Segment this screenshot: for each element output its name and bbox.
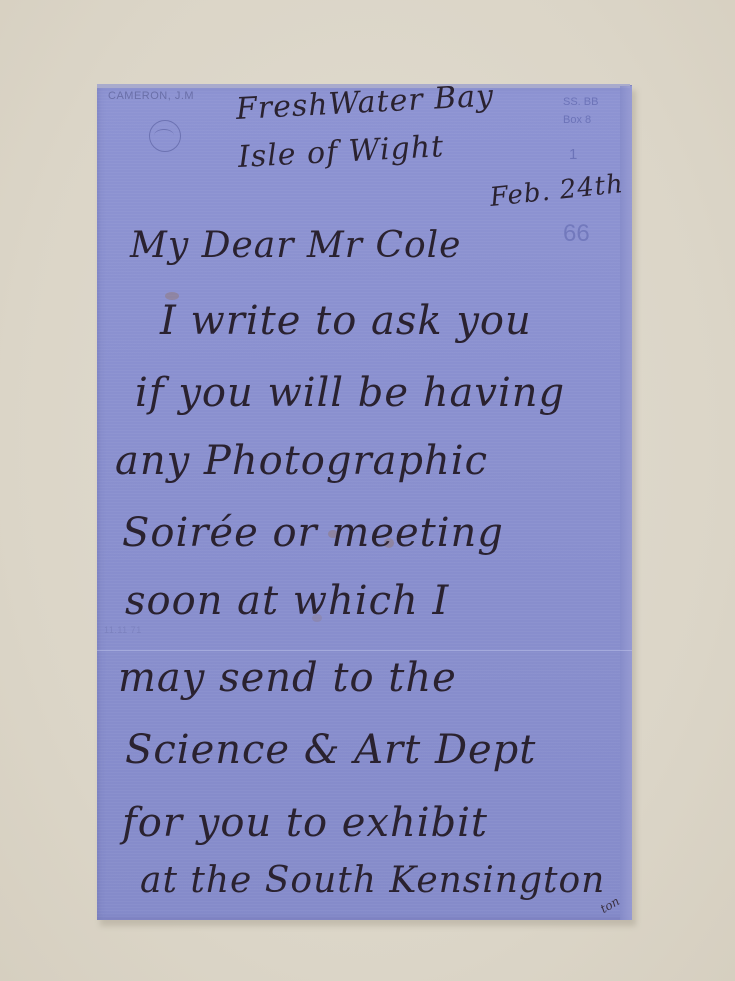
page-number: 1: [569, 146, 577, 163]
body-line: may send to the: [118, 655, 457, 701]
body-line: Soirée or meeting: [122, 510, 504, 556]
body-line: soon at which I: [125, 578, 449, 624]
body-line: if you will be having: [135, 370, 565, 416]
body-line: Science & Art Dept: [125, 727, 536, 773]
body-line: for you to exhibit: [122, 800, 488, 846]
faint-pencil-note: 11.11 71: [104, 625, 142, 635]
body-line: I write to ask you: [160, 298, 532, 344]
shelfmark-line1: SS. BB: [563, 96, 598, 108]
shelfmark-line2: Box 8: [563, 114, 591, 126]
fold-line: [97, 650, 632, 651]
paper-right-edge: [620, 86, 632, 920]
body-line: at the South Kensington: [140, 860, 605, 901]
body-line: any Photographic: [115, 438, 488, 484]
stamp-circle-mark: [149, 120, 181, 152]
letter-paper: [97, 85, 632, 920]
author-label: CAMERON, J.M: [108, 90, 194, 102]
item-number: 66: [563, 220, 590, 248]
salutation: My Dear Mr Cole: [130, 225, 461, 266]
